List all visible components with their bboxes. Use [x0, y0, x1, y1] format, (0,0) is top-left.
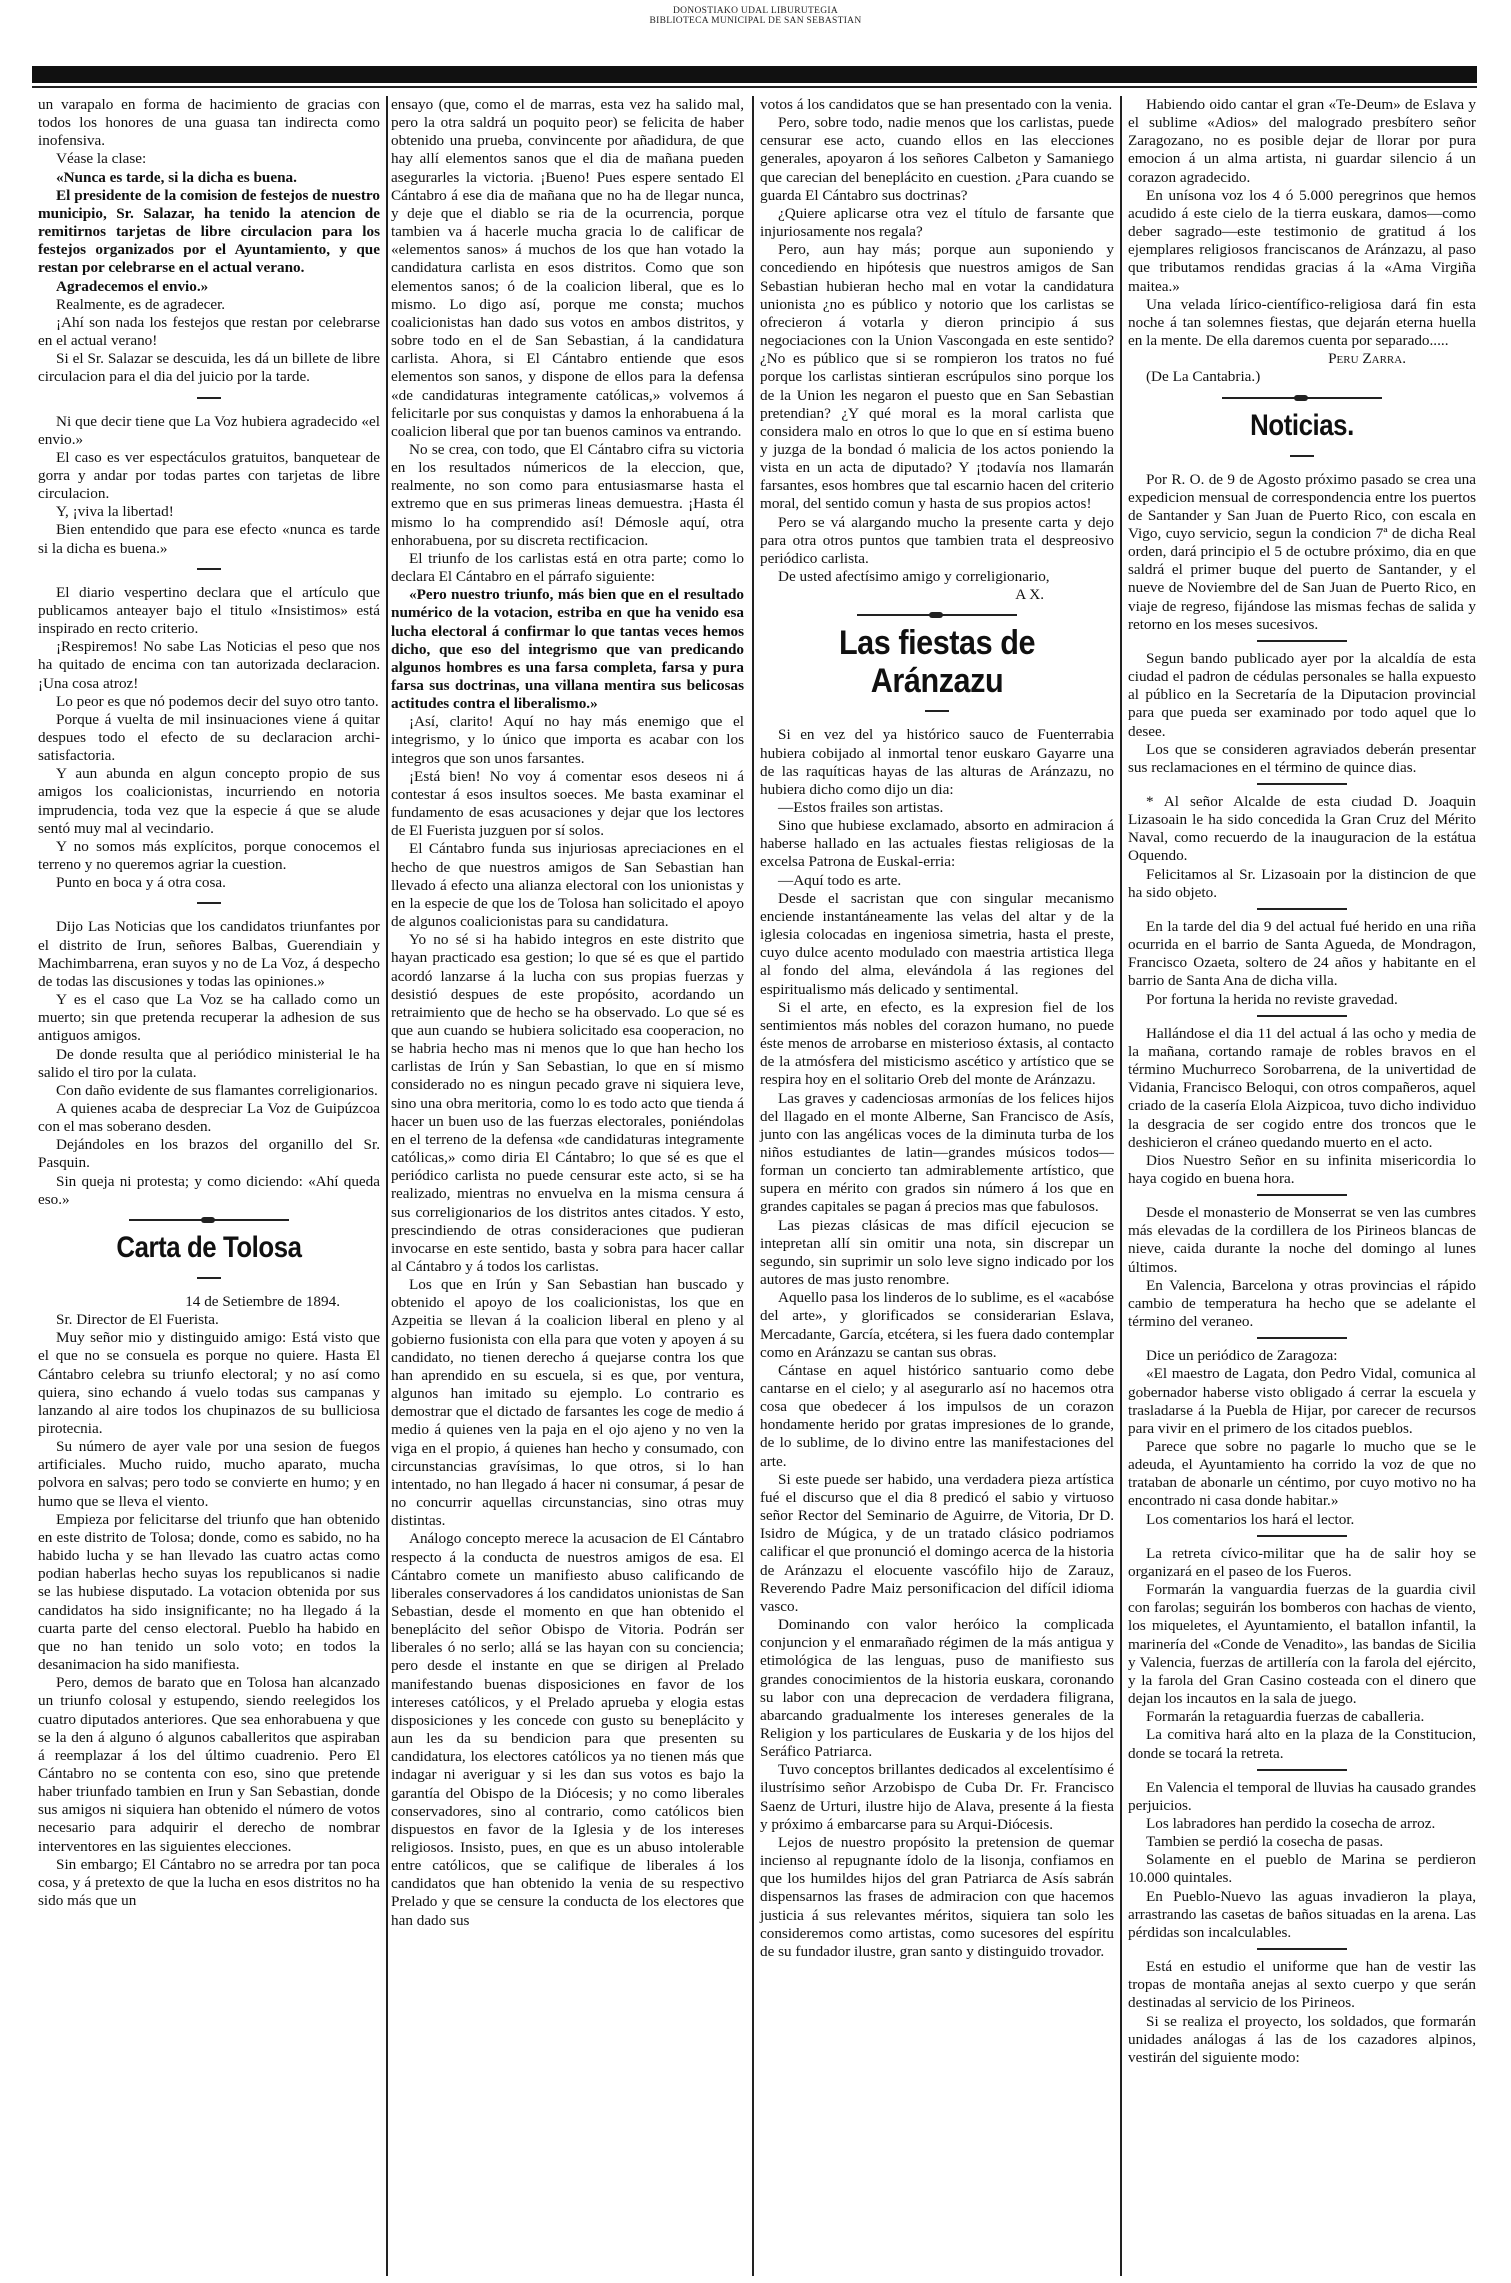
paragraph: Desde el monasterio de Monserrat se ven …	[1128, 1204, 1476, 1277]
paragraph: Habiendo oido cantar el gran «Te-Deum» d…	[1128, 96, 1476, 187]
paragraph: Dominando con valor heróico la complicad…	[760, 1616, 1114, 1761]
source-attribution: (De La Cantabria.)	[1128, 368, 1476, 386]
paragraph: Empieza por felicitarse del triunfo que …	[38, 1511, 380, 1674]
news-item: * Al señor Alcalde de esta ciudad D. Joa…	[1128, 793, 1476, 902]
paragraph: ¡Ahí son nada los festejos que restan po…	[38, 314, 380, 350]
news-separator	[1257, 1194, 1347, 1196]
column-4: Habiendo oido cantar el gran «Te-Deum» d…	[1128, 96, 1476, 2067]
paragraph: Los que se consideren agraviados deberán…	[1128, 741, 1476, 777]
paragraph: ensayo (que, como el de marras, esta vez…	[391, 96, 744, 441]
paragraph: Si este puede ser habido, una verdadera …	[760, 1471, 1114, 1616]
column-divider	[386, 96, 388, 2276]
paragraph: Si se realiza el proyecto, los soldados,…	[1128, 2013, 1476, 2067]
paragraph: A quienes acaba de despreciar La Voz de …	[38, 1100, 380, 1136]
news-separator	[1257, 1769, 1347, 1771]
paragraph: En Pueblo-Nuevo las aguas invadieron la …	[1128, 1888, 1476, 1942]
paragraph: Y aun abunda en algun concepto propio de…	[38, 765, 380, 838]
paragraph: Pero, sobre todo, nadie menos que los ca…	[760, 114, 1114, 205]
quoted-paragraph: Agradecemos el envio.»	[38, 278, 380, 296]
paragraph: Hallándose el dia 11 del actual á las oc…	[1128, 1025, 1476, 1152]
paragraph: Los labradores han perdido la cosecha de…	[1128, 1815, 1476, 1833]
article-headline: Carta de Tolosa	[62, 1229, 356, 1267]
paragraph: Las graves y cadenciosas armonías de los…	[760, 1090, 1114, 1217]
paragraph: No se crea, con todo, que El Cántabro ci…	[391, 441, 744, 550]
paragraph: Análogo concepto merece la acusacion de …	[391, 1530, 744, 1929]
paragraph: un varapalo en forma de hacimiento de gr…	[38, 96, 380, 150]
column-1: un varapalo en forma de hacimiento de gr…	[38, 96, 380, 1910]
library-name-spanish: BIBLIOTECA MUNICIPAL DE SAN SEBASTIAN	[0, 16, 1511, 26]
item-las-noticias: Dijo Las Noticias que los candidatos tri…	[38, 918, 380, 1209]
paragraph: —Estos frailes son artistas.	[760, 799, 1114, 817]
paragraph: Si el arte, en efecto, es la expresion f…	[760, 999, 1114, 1090]
paragraph: Muy señor mio y distinguido amigo: Está …	[38, 1329, 380, 1438]
paragraph: Por fortuna la herida no reviste graveda…	[1128, 991, 1476, 1009]
article-headline: Las fiestas de Aránzazu	[778, 624, 1097, 700]
paragraph: Sin embargo; El Cántabro no se arredra p…	[38, 1856, 380, 1910]
paragraph: La comitiva hará alto en la plaza de la …	[1128, 1726, 1476, 1762]
article-separator	[857, 614, 1017, 616]
paragraph: Véase la clase:	[38, 150, 380, 168]
paragraph: Está en estudio el uniforme que han de v…	[1128, 1958, 1476, 2012]
column-divider	[1120, 96, 1122, 2276]
paragraph: Lo peor es que nó podemos decir del suyo…	[38, 693, 380, 711]
news-separator	[1257, 1948, 1347, 1950]
paragraph: Los comentarios los hará el lector.	[1128, 1511, 1476, 1529]
news-separator	[1257, 1015, 1347, 1017]
paragraph: Parece que sobre no pagarle lo mucho que…	[1128, 1438, 1476, 1511]
news-separator	[1257, 1535, 1347, 1537]
paragraph: El Cántabro funda sus injuriosas aprecia…	[391, 840, 744, 931]
library-name-basque: DONOSTIAKO UDAL LIBURUTEGIA	[0, 6, 1511, 16]
quoted-paragraph: El presidente de la comision de festejos…	[38, 187, 380, 278]
paragraph: Sino que hubiese exclamado, absorto en a…	[760, 817, 1114, 871]
paragraph: El triunfo de los carlistas está en otra…	[391, 550, 744, 586]
paragraph: Bien entendido que para ese efecto «nunc…	[38, 521, 380, 557]
paragraph: Pero, demos de barato que en Tolosa han …	[38, 1674, 380, 1856]
signature: A X.	[760, 586, 1114, 604]
article-fiestas-de-aranzazu: Las fiestas de Aránzazu Si en vez del ya…	[760, 624, 1114, 1961]
paragraph: Desde el sacristan que con singular meca…	[760, 890, 1114, 999]
news-item: Hallándose el dia 11 del actual á las oc…	[1128, 1025, 1476, 1188]
news-item: En la tarde del dia 9 del actual fué her…	[1128, 918, 1476, 1009]
news-item: Por R. O. de 9 de Agosto próximo pasado …	[1128, 471, 1476, 634]
article-carta-de-tolosa: Carta de Tolosa 14 de Setiembre de 1894.…	[38, 1229, 380, 1910]
column-divider	[752, 96, 754, 2276]
news-separator	[1257, 1337, 1347, 1339]
masthead-bar	[32, 66, 1477, 83]
paragraph: Realmente, es de agradecer.	[38, 296, 380, 314]
paragraph: Con daño evidente de sus flamantes corre…	[38, 1082, 380, 1100]
paragraph: —Aquí todo es arte.	[760, 872, 1114, 890]
headline-rule	[1290, 455, 1314, 457]
paragraph: Punto en boca y á otra cosa.	[38, 874, 380, 892]
paragraph: * Al señor Alcalde de esta ciudad D. Joa…	[1128, 793, 1476, 866]
quoted-paragraph: «Nunca es tarde, si la dicha es buena.	[38, 169, 380, 187]
paragraph: Y, ¡viva la libertad!	[38, 503, 380, 521]
paragraph: La retreta cívico-militar que ha de sali…	[1128, 1545, 1476, 1581]
column-3: votos á los candidatos que se han presen…	[760, 96, 1114, 1961]
article-separator	[129, 1219, 289, 1221]
paragraph: Segun bando publicado ayer por la alcald…	[1128, 650, 1476, 741]
paragraph: Si el Sr. Salazar se descuida, les dá un…	[38, 350, 380, 386]
paragraph: En unísona voz los 4 ó 5.000 peregrinos …	[1128, 187, 1476, 296]
paragraph: Y es el caso que La Voz se ha callado co…	[38, 991, 380, 1045]
news-item: En Valencia el temporal de lluvias ha ca…	[1128, 1779, 1476, 1942]
paragraph: ¡Así, clarito! Aquí no hay más enemigo q…	[391, 713, 744, 767]
paragraph: Su número de ayer vale por una sesion de…	[38, 1438, 380, 1511]
news-separator	[1257, 783, 1347, 785]
paragraph: Si en vez del ya histórico sauco de Fuen…	[760, 726, 1114, 799]
paragraph: Pero, aun hay más; porque aun suponiendo…	[760, 241, 1114, 513]
paragraph: Una velada lírico-científico-religiosa d…	[1128, 296, 1476, 350]
paragraph: Yo no sé si ha habido integros en este d…	[391, 931, 744, 1276]
section-separator	[197, 568, 221, 570]
article-separator	[1222, 397, 1382, 399]
paragraph: Solamente en el pueblo de Marina se perd…	[1128, 1851, 1476, 1887]
paragraph: Tambien se perdió la cosecha de pasas.	[1128, 1833, 1476, 1851]
paragraph: Dejándoles en los brazos del organillo d…	[38, 1136, 380, 1172]
paragraph: Ni que decir tiene que La Voz hubiera ag…	[38, 413, 380, 449]
dateline: 14 de Setiembre de 1894.	[38, 1293, 380, 1311]
paragraph: El diario vespertino declara que el artí…	[38, 584, 380, 638]
item-la-voz: Ni que decir tiene que La Voz hubiera ag…	[38, 413, 380, 558]
paragraph: El caso es ver espectáculos gratuitos, b…	[38, 449, 380, 503]
section-separator	[197, 397, 221, 399]
paragraph: Formarán la retaguardia fuerzas de cabal…	[1128, 1708, 1476, 1726]
paragraph: votos á los candidatos que se han presen…	[760, 96, 1114, 114]
paragraph: Las piezas clásicas de mas difícil ejecu…	[760, 1217, 1114, 1290]
paragraph: Sin queja ni protesta; y como diciendo: …	[38, 1173, 380, 1209]
news-separator	[1257, 908, 1347, 910]
paragraph: ¡Respiremos! No sabe Las Noticias el pes…	[38, 638, 380, 692]
paragraph: Lejos de nuestro propósito la pretension…	[760, 1834, 1114, 1961]
salutation: Sr. Director de El Fuerista.	[38, 1311, 380, 1329]
paragraph: Los que en Irún y San Sebastian han busc…	[391, 1276, 744, 1530]
news-item: Está en estudio el uniforme que han de v…	[1128, 1958, 1476, 2067]
paragraph: Y no somos más explícitos, porque conoce…	[38, 838, 380, 874]
paragraph: Aquello pasa los linderos de lo sublime,…	[760, 1289, 1114, 1362]
paragraph: «El maestro de Lagata, don Pedro Vidal, …	[1128, 1365, 1476, 1438]
news-item: Dice un periódico de Zaragoza: «El maest…	[1128, 1347, 1476, 1529]
paragraph: Por R. O. de 9 de Agosto próximo pasado …	[1128, 471, 1476, 634]
paragraph: ¡Está bien! No voy á comentar esos deseo…	[391, 768, 744, 841]
paragraph: Tuvo conceptos brillantes dedicados al e…	[760, 1761, 1114, 1834]
column-2: ensayo (que, como el de marras, esta vez…	[391, 96, 744, 1930]
paragraph: En Valencia el temporal de lluvias ha ca…	[1128, 1779, 1476, 1815]
news-item: La retreta cívico-militar que ha de sali…	[1128, 1545, 1476, 1763]
paragraph: De donde resulta que al periódico minist…	[38, 1046, 380, 1082]
section-headline: Noticias.	[1152, 407, 1451, 445]
paragraph: En la tarde del dia 9 del actual fué her…	[1128, 918, 1476, 991]
paragraph: Felicitamos al Sr. Lizasoain por la dist…	[1128, 866, 1476, 902]
news-item: Segun bando publicado ayer por la alcald…	[1128, 650, 1476, 777]
paragraph: De usted afectísimo amigo y correligiona…	[760, 568, 1114, 586]
paragraph: Dijo Las Noticias que los candidatos tri…	[38, 918, 380, 991]
news-item: Desde el monasterio de Monserrat se ven …	[1128, 1204, 1476, 1331]
headline-rule	[925, 710, 949, 712]
paragraph: Formarán la vanguardia fuerzas de la gua…	[1128, 1581, 1476, 1708]
paragraph: Dice un periódico de Zaragoza:	[1128, 1347, 1476, 1365]
paragraph: ¿Quiere aplicarse otra vez el título de …	[760, 205, 1114, 241]
article-continuation: un varapalo en forma de hacimiento de gr…	[38, 96, 380, 387]
section-noticias: Noticias. Por R. O. de 9 de Agosto próxi…	[1128, 407, 1476, 2068]
news-separator	[1257, 640, 1347, 642]
item-diario-vespertino: El diario vespertino declara que el artí…	[38, 584, 380, 893]
paragraph: Dios Nuestro Señor en su infinita miseri…	[1128, 1152, 1476, 1188]
signature: Peru Zarra.	[1128, 350, 1476, 368]
section-separator	[197, 902, 221, 904]
quoted-paragraph: «Pero nuestro triunfo, más bien que en e…	[391, 586, 744, 713]
masthead-rule	[32, 86, 1477, 88]
paragraph: En Valencia, Barcelona y otras provincia…	[1128, 1277, 1476, 1331]
paragraph: Pero se vá alargando mucho la presente c…	[760, 514, 1114, 568]
paragraph: Porque á vuelta de mil insinuaciones vie…	[38, 711, 380, 765]
headline-rule	[197, 1277, 221, 1279]
paragraph: Cántase en aquel histórico santuario com…	[760, 1362, 1114, 1471]
library-header: DONOSTIAKO UDAL LIBURUTEGIA BIBLIOTECA M…	[0, 6, 1511, 26]
